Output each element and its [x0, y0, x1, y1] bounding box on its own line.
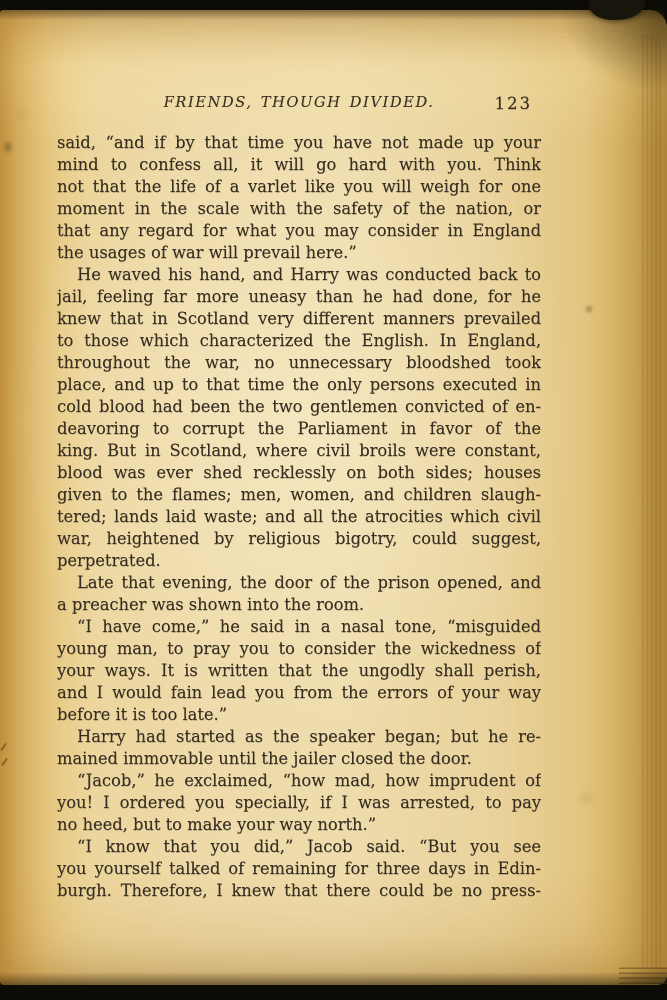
book-page-scan: FRIENDS, THOUGH DIVIDED. 123 said, “and … — [0, 0, 667, 1000]
text-line: blood was ever shed recklessly on both s… — [57, 462, 541, 484]
text-line: knew that in Scotland very different man… — [57, 308, 541, 330]
text-line: He waved his hand, and Harry was conduct… — [57, 264, 541, 286]
text-line: place, and up to that time the only pers… — [57, 374, 541, 396]
text-line: the usages of war will prevail here.” — [57, 242, 541, 264]
text-line: “I have come,” he said in a nasal tone, … — [57, 616, 541, 638]
top-right-corner-shadow — [552, 10, 667, 98]
text-line: Harry had started as the speaker began; … — [57, 726, 541, 748]
text-line: given to the flames; men, women, and chi… — [57, 484, 541, 506]
text-line: mained immovable until the jailer closed… — [57, 748, 541, 770]
edge-mark — [1, 758, 8, 767]
text-line: no heed, but to make your way north.” — [57, 814, 541, 836]
text-line: throughout the war, no unnecessary blood… — [57, 352, 541, 374]
paper-stain — [584, 304, 594, 314]
text-line: a preacher was shown into the room. — [57, 594, 541, 616]
running-title: FRIENDS, THOUGH DIVIDED. — [57, 94, 541, 111]
text-line: perpetrated. — [57, 550, 541, 572]
edge-mark — [0, 743, 7, 752]
page-number: 123 — [495, 94, 533, 113]
fore-edge-page-lines — [639, 34, 661, 969]
text-line: you! I ordered you specially, if I was a… — [57, 792, 541, 814]
text-line: and I would fain lead you from the error… — [57, 682, 541, 704]
body-text: said, “and if by that time you have not … — [57, 132, 541, 902]
text-line: burgh. Therefore, I knew that there coul… — [57, 880, 541, 902]
text-line: moment in the scale with the safety of t… — [57, 198, 541, 220]
text-line: war, heightened by religious bigotry, co… — [57, 528, 541, 550]
text-line: jail, feeling far more uneasy than he ha… — [57, 286, 541, 308]
text-line: that any regard for what you may conside… — [57, 220, 541, 242]
text-line: Late that evening, the door of the priso… — [57, 572, 541, 594]
text-line: to those which characterized the English… — [57, 330, 541, 352]
text-line: before it is too late.” — [57, 704, 541, 726]
page-header: FRIENDS, THOUGH DIVIDED. 123 — [57, 94, 541, 116]
paper-stain — [13, 109, 30, 121]
text-line: “Jacob,” he exclaimed, “how mad, how imp… — [57, 770, 541, 792]
text-line: said, “and if by that time you have not … — [57, 132, 541, 154]
text-line: king. But in Scotland, where civil broil… — [57, 440, 541, 462]
text-line: “I know that you did,” Jacob said. “But … — [57, 836, 541, 858]
paper-stain — [578, 791, 595, 806]
text-line: not that the life of a varlet like you w… — [57, 176, 541, 198]
text-line: cold blood had been the two gentlemen co… — [57, 396, 541, 418]
text-line: your ways. It is written that the ungodl… — [57, 660, 541, 682]
text-line: mind to confess all, it will go hard wit… — [57, 154, 541, 176]
page-paper: FRIENDS, THOUGH DIVIDED. 123 said, “and … — [0, 10, 667, 985]
text-line: you yourself talked of remaining for thr… — [57, 858, 541, 880]
paper-stain — [2, 140, 14, 154]
text-line: deavoring to corrupt the Parliament in f… — [57, 418, 541, 440]
bottom-right-page-stack — [619, 967, 667, 984]
text-line: tered; lands laid waste; and all the atr… — [57, 506, 541, 528]
text-line: young man, to pray you to consider the w… — [57, 638, 541, 660]
